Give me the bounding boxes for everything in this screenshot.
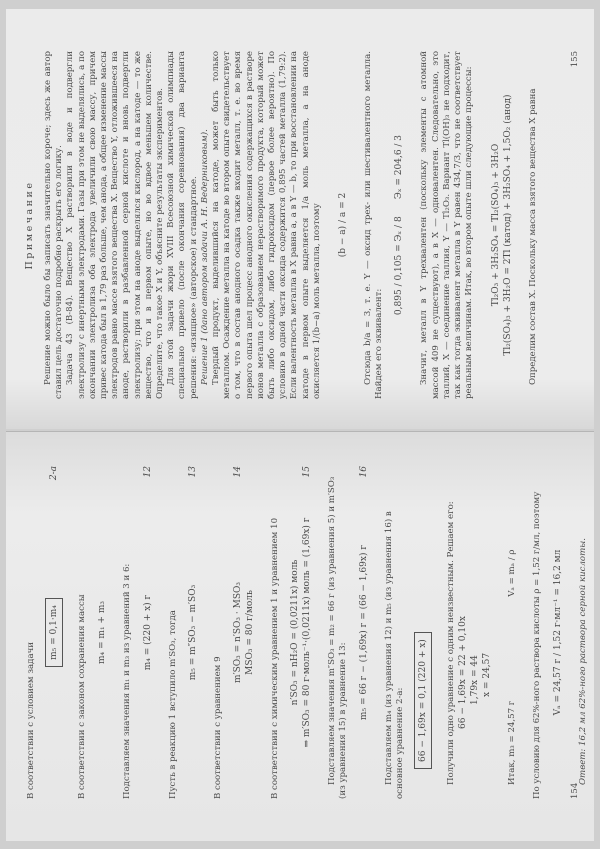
text-line: Подставляем значения m₁ и m₃ из уравнени… — [122, 466, 133, 799]
volume-formula: Vₐ = mₐ / ρ — [507, 550, 518, 611]
answer-line: Ответ: 16,2 мл 62%-ного раствора серной … — [578, 466, 589, 799]
problem-43-paragraph: Задача 43 (В-84). Вещество X растворили … — [65, 51, 166, 399]
equation: MSO₃ = 80 г/моль — [244, 466, 256, 799]
section-title: Примечание — [24, 51, 35, 399]
equation-12: m₄ = (220 + x) г 12 — [142, 466, 154, 799]
text-line: По условию для 62%-ного раствора кислоты… — [532, 466, 543, 799]
equation-13: m₅ = m″SO₃ − m′SO₃ 13 — [187, 466, 199, 799]
reaction-equation: Tl₂O₃ + 3H₂SO₄ = Tl₂(SO₄)₃ + 3H₂O — [490, 51, 502, 399]
boxed-equation: 66 − 1,69x = 0,1 (220 + x) — [414, 632, 432, 769]
text-line: В соответствии с химическим уравнением 1… — [270, 466, 281, 799]
text-line: (из уравнения 15) в уравнение 13: — [338, 466, 349, 799]
text-line: В соответствии с законом сохранения масс… — [77, 466, 88, 799]
main-equation: 66 − 1,69x = 0,1 (220 + x) — [414, 466, 432, 799]
equation-number: 13 — [187, 466, 199, 477]
equation: (b − a) / a = 2 — [337, 51, 349, 399]
boxed-equation: m₅ = 0,1·m₄ — [45, 598, 63, 667]
page-155: Примечание Решение можно было бы записат… — [6, 9, 594, 429]
page-154: В соответствии с условием задачи m₅ = 0,… — [6, 431, 594, 841]
equation: n′SO₃ = nH₂O = (0,0211x) моль — [289, 466, 301, 799]
equation-2a: m₅ = 0,1·m₄ 2-а — [45, 466, 63, 799]
equation: 66 − 1,69x = 22 + 0,10x — [457, 466, 469, 799]
paragraph: Решение можно было бы записать значитель… — [43, 51, 65, 399]
reaction-equation: Tl₂(SO₄)₃ + 3H₂O = 2Tl (катод) + 3H₂SO₄ … — [502, 51, 514, 399]
text-line: Подставляем m₄ (из уравнения 12) и m₅ (и… — [384, 466, 395, 799]
paragraph: Отсюда b/a = 3, т. е. Y — оксид трех- ил… — [363, 51, 385, 399]
book-spread: В соответствии с условием задачи m₅ = 0,… — [0, 0, 600, 849]
page-number: 155 — [570, 51, 580, 67]
equation: m₄ = m₁ + m₃ — [96, 466, 108, 799]
text-line: Подставляем значения m″SO₃ = m₂ = 66 г (… — [327, 466, 338, 799]
equation: x = 24,57 — [481, 466, 493, 799]
text-line: Пусть в реакцию 1 вступило m′SO₃, тогда — [168, 466, 179, 799]
equation-number: 14 — [232, 466, 244, 477]
paragraph: Для этой задачи жюри XVIII Всесоюзной хи… — [166, 51, 200, 399]
solution-heading: Решение 1 (дано автором задачи А. Н. Вед… — [200, 51, 211, 399]
equation-number: 12 — [142, 466, 154, 477]
text-line: В соответствии с условием задачи — [26, 466, 37, 799]
equation-15: ⇒ m′SO₃ = 80 г·моль⁻¹·(0,0211x) моль = (… — [301, 466, 313, 799]
paragraph: Значит, металл в Y трехвалентен (посколь… — [419, 51, 475, 399]
page-number: 154 — [570, 783, 580, 799]
equation-number: 2-а — [48, 466, 60, 480]
equation-16: m₅ = 66 г − (1,69x) г = (66 − 1,69x) г 1… — [358, 466, 370, 799]
equation: 0,895 / 0,105 = Эₓ / 8 Эₓ = 204,6 / 3 — [393, 51, 405, 399]
equation: Vₐ = 24,57 г / 1,52 г·мл⁻¹ = 16,2 мл — [552, 466, 564, 799]
paragraph: Определим состав X. Поскольку масса взят… — [528, 51, 539, 399]
text-line: Итак, m₃ = 24,57 г Vₐ = mₐ / ρ — [507, 466, 518, 799]
equation-number: 15 — [301, 466, 313, 477]
equation: 1,79x = 44 — [469, 466, 481, 799]
text-line: основное уравнение 2-а: — [395, 466, 406, 799]
text-line: Получили одно уравнение с одним неизвест… — [446, 466, 457, 799]
equation-number: 16 — [358, 466, 370, 477]
equation-14: m′SO₃ = n′SO₃ · MSO₃ 14 — [232, 466, 244, 799]
paragraph: Твердый продукт, выделившийся на катоде,… — [211, 51, 323, 399]
text-line: В соответствии с уравнением 9 — [213, 466, 224, 799]
